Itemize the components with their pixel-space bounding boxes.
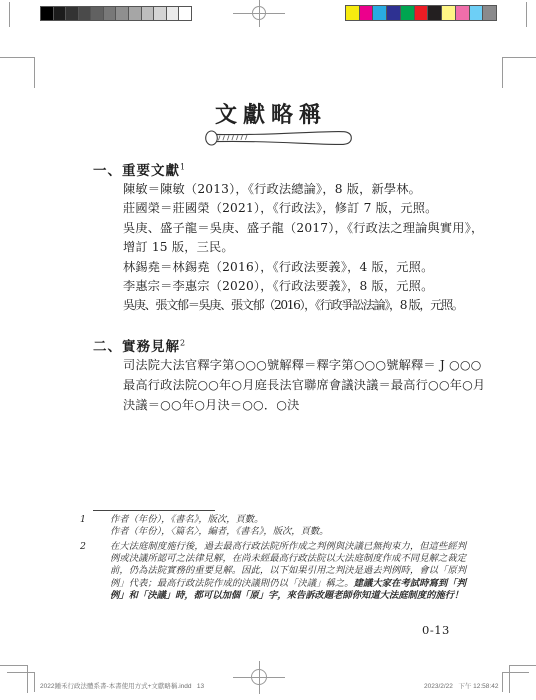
citation-line: 李惠宗＝李惠宗（2020），《行政法要義》，8 版，元照。 bbox=[123, 277, 473, 296]
color-swatch bbox=[401, 6, 415, 20]
section-practice-opinions: 二、實務見解2 司法院大法官釋字第○○○號解釋＝釋字第○○○號解釋＝ J ○○○… bbox=[93, 335, 473, 416]
crop-mark-bottom-right-v2 bbox=[502, 672, 503, 692]
crop-mark-bottom-left-v1 bbox=[27, 665, 28, 693]
crop-mark-top-right-tick bbox=[526, 2, 527, 27]
color-swatch bbox=[483, 6, 496, 20]
crop-mark-bottom-right-h2 bbox=[502, 672, 529, 673]
crop-mark-top-left-tick bbox=[9, 2, 10, 27]
color-swatch bbox=[66, 7, 79, 20]
footnote-text: 作者（年份），〈篇名〉，編者，《書名》，版次，頁數。 bbox=[110, 526, 498, 538]
footnote-ref-2: 2 bbox=[180, 339, 185, 348]
crop-mark-bottom-left-v2 bbox=[34, 672, 35, 692]
footnote-text: 作者（年份），《書名》，版次，頁數。 bbox=[110, 514, 498, 526]
citation-line: 林錫堯＝林錫堯（2016），《行政法要義》，4 版，元照。 bbox=[123, 258, 473, 277]
crop-mark-top-left-v bbox=[34, 57, 35, 88]
color-swatch bbox=[387, 6, 401, 20]
color-swatch bbox=[79, 7, 92, 20]
footnote-2: 2 在大法庭制度施行後，過去最高行政法院所作成之判例與決議已無拘束力，但這些經判… bbox=[80, 541, 466, 602]
color-swatch bbox=[360, 6, 374, 20]
color-swatch bbox=[142, 7, 155, 20]
color-swatch bbox=[167, 7, 180, 20]
color-swatch bbox=[456, 6, 470, 20]
grayscale-calibration-bar bbox=[40, 6, 192, 21]
baseball-bat-illustration bbox=[204, 128, 354, 148]
section-important-literature: 一、重要文獻1 陳敏＝陳敏（2013），《行政法總論》，8 版，新學林。 莊國榮… bbox=[93, 159, 473, 316]
color-swatch bbox=[470, 6, 484, 20]
citation-line: 莊國榮＝莊國榮（2021），《行政法》，修訂 7 版，元照。 bbox=[123, 199, 473, 218]
slug-timestamp: 2023/2/22 下午 12:58:42 bbox=[424, 681, 498, 690]
color-swatch bbox=[179, 7, 191, 20]
section-heading-text: 一、重要文獻 bbox=[93, 163, 180, 179]
slug-filename: 2022鍾禾行政法體系書-本書使用方式+文獻略稱.indd 13 bbox=[40, 681, 204, 690]
color-swatch bbox=[154, 7, 167, 20]
section-heading: 二、實務見解2 bbox=[93, 335, 473, 356]
color-swatch bbox=[428, 6, 442, 20]
crop-mark-top-left-h bbox=[0, 57, 34, 58]
color-swatch bbox=[442, 6, 456, 20]
footnote-separator bbox=[93, 510, 215, 511]
color-swatch bbox=[41, 7, 54, 20]
color-swatch bbox=[104, 7, 117, 20]
crop-mark-bottom-right-h1 bbox=[509, 665, 536, 666]
citation-line: 吳庚、盛子龍＝吳庚、盛子龍（2017），《行政法之理論與實用》， bbox=[123, 219, 473, 238]
footnote-number: 2 bbox=[80, 541, 86, 553]
crop-mark-top-right-h bbox=[502, 57, 536, 58]
crop-mark-bottom-left-h1 bbox=[0, 665, 27, 666]
color-swatch bbox=[54, 7, 67, 20]
crop-mark-bottom-right-v1 bbox=[509, 665, 510, 693]
color-swatch bbox=[91, 7, 104, 20]
citation-line: 陳敏＝陳敏（2013），《行政法總論》，8 版，新學林。 bbox=[123, 180, 473, 199]
color-swatch bbox=[346, 6, 360, 20]
section-heading-text: 二、實務見解 bbox=[93, 339, 180, 355]
color-swatch bbox=[415, 6, 429, 20]
footnote-1: 1 作者（年份），《書名》，版次，頁數。 作者（年份），〈篇名〉，編者，《書名》… bbox=[80, 514, 498, 538]
section-heading: 一、重要文獻1 bbox=[93, 159, 473, 180]
page-number: 0-13 bbox=[422, 623, 450, 637]
color-swatch bbox=[116, 7, 129, 20]
citation-line: 決議＝○○年○月決＝○○．○決 bbox=[123, 396, 473, 416]
citation-line: 增訂 15 版，三民。 bbox=[123, 238, 473, 257]
color-calibration-bar bbox=[345, 5, 497, 21]
book-page: 文獻略稱 一、重要文獻1 陳敏＝陳敏（2013），《行政法總論》，8 版，新學林… bbox=[0, 0, 536, 700]
citation-line: 吳庚、張文郁＝吳庚、張文郁（2016），《行政爭訟法論》，8 版，元照。 bbox=[123, 296, 473, 315]
footnote-number: 1 bbox=[80, 514, 86, 526]
registration-crosshair-top-circle bbox=[252, 6, 266, 20]
color-swatch bbox=[129, 7, 142, 20]
registration-crosshair-bottom-circle bbox=[251, 669, 267, 685]
page-title: 文獻略稱 bbox=[0, 98, 536, 129]
crop-mark-bottom-left-h2 bbox=[7, 672, 34, 673]
color-swatch bbox=[373, 6, 387, 20]
footnote-ref-1: 1 bbox=[180, 163, 185, 172]
crop-mark-top-right-v bbox=[502, 57, 503, 88]
citation-line: 司法院大法官釋字第○○○號解釋＝釋字第○○○號解釋＝ J ○○○ bbox=[123, 356, 473, 376]
citation-line: 最高行政法院○○年○月庭長法官聯席會議決議＝最高行○○年○月 bbox=[123, 376, 473, 396]
